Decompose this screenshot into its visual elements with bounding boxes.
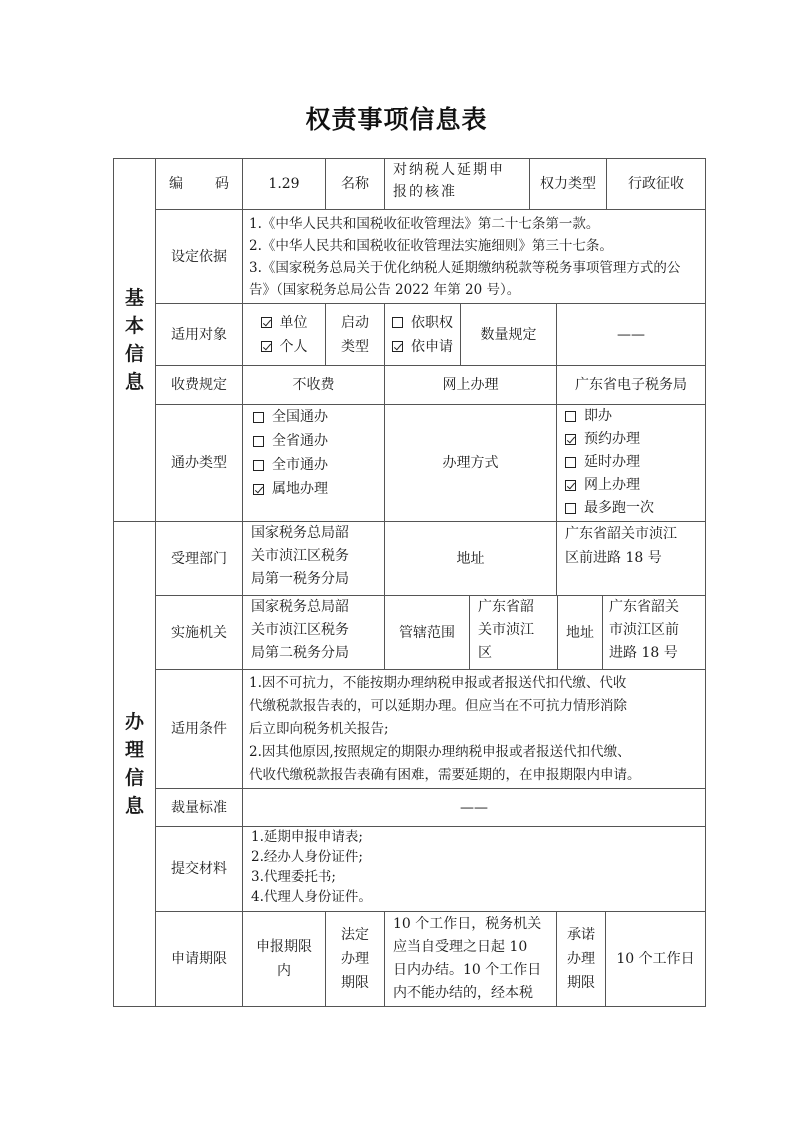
checkbox-local[interactable]: 属地办理 (253, 477, 328, 501)
name-label: 名称 (325, 158, 385, 210)
checkbox-empty-icon (565, 457, 576, 468)
universal-label: 通办类型 (155, 404, 243, 522)
checkbox-empty-icon (392, 317, 403, 328)
checkbox-label: 全省通办 (272, 429, 328, 453)
name-value: 对纳税人延期申 报的核准 (384, 158, 530, 210)
code-label-b: 码 (215, 172, 229, 196)
start-type-label-line: 类型 (341, 335, 369, 359)
method-label: 办理方式 (384, 404, 557, 522)
deadline-label: 申请期限 (155, 911, 243, 1007)
checkbox-label: 依职权 (411, 311, 453, 335)
checkbox-checked-icon (253, 484, 264, 495)
text-line: 区 (478, 642, 492, 665)
text-line: 广东省韶 (478, 596, 534, 619)
section-char: 息 (125, 792, 144, 820)
text-line: 内不能办结的，经本税 (393, 982, 533, 1005)
checkbox-provincial[interactable]: 全省通办 (253, 429, 328, 453)
checkbox-checked-icon (261, 317, 272, 328)
checkbox-empty-icon (253, 412, 264, 423)
text-line: 申报期限 (256, 935, 312, 959)
checkbox-label: 即办 (584, 405, 612, 428)
text-line: 关市浈江区税务 (251, 545, 349, 568)
checkbox-checked-icon (565, 480, 576, 491)
accept-dept-label: 受理部门 (155, 521, 243, 596)
method-options: 即办 预约办理 延时办理 网上办理 最多跑一次 (556, 404, 706, 522)
text-line: 承诺 (567, 923, 595, 947)
section-char: 基 (125, 284, 144, 312)
checkbox-label: 全国通办 (272, 405, 328, 429)
power-type-value: 行政征收 (606, 158, 706, 210)
code-label-a: 编 (169, 172, 183, 196)
fee-label: 收费规定 (155, 365, 243, 405)
impl-org-label: 实施机关 (155, 595, 243, 670)
checkbox-empty-icon (253, 436, 264, 447)
text-line: 期限 (341, 971, 369, 995)
start-type-label-line: 启动 (341, 311, 369, 335)
text-line: 区前进路 18 号 (565, 546, 662, 570)
discretion-label: 裁量标准 (155, 788, 243, 827)
impl-address-value: 广东省韶关 市浈江区前 进路 18 号 (602, 595, 706, 670)
checkbox-label: 属地办理 (272, 477, 328, 501)
checkbox-appointment[interactable]: 预约办理 (565, 428, 640, 451)
checkbox-municipal[interactable]: 全市通办 (253, 453, 328, 477)
accept-address-label: 地址 (384, 521, 557, 596)
deadline-value: 申报期限 内 (242, 911, 326, 1007)
checkbox-national[interactable]: 全国通办 (253, 405, 328, 429)
basis-item: 3.《国家税务总局关于优化纳税人延期缴纳税款等税务事项管理方式的公告》（国家税务… (249, 257, 699, 301)
checkbox-label: 最多跑一次 (584, 497, 654, 520)
material-item: 4.代理人身份证件。 (251, 887, 372, 907)
universal-options: 全国通办 全省通办 全市通办 属地办理 (242, 404, 385, 522)
promise-deadline-value: 10 个工作日 (605, 911, 706, 1007)
scope-value: 广东省韶 关市浈江 区 (469, 595, 558, 670)
online-value: 广东省电子税务局 (556, 365, 706, 405)
online-label: 网上办理 (384, 365, 557, 405)
checkbox-instant[interactable]: 即办 (565, 405, 612, 428)
text-line: 办理 (567, 947, 595, 971)
section-char: 办 (125, 708, 144, 736)
text-line: 国家税务总局韶 (251, 596, 349, 619)
impl-address-label: 地址 (557, 595, 603, 670)
section-char: 信 (125, 340, 144, 368)
checkbox-by-authority[interactable]: 依职权 (392, 311, 453, 335)
condition-line: 后立即向税务机关报告; (249, 718, 699, 741)
code-label: 编码 (155, 158, 243, 210)
applicable-label: 适用对象 (155, 303, 243, 366)
checkbox-checked-icon (565, 434, 576, 445)
material-item: 2.经办人身份证件; (251, 847, 363, 867)
promise-deadline-label: 承诺 办理 期限 (556, 911, 606, 1007)
materials-label: 提交材料 (155, 826, 243, 912)
accept-dept-value: 国家税务总局韶 关市浈江区税务 局第一税务分局 (242, 521, 385, 596)
name-value-line: 对纳税人延期申 (393, 159, 505, 181)
scope-label: 管辖范围 (384, 595, 470, 670)
section-char: 信 (125, 764, 144, 792)
basis-item: 1.《中华人民共和国税收征收管理法》第二十七条第一款。 (249, 213, 699, 235)
text-line: 国家税务总局韶 (251, 522, 349, 545)
text-line: 法定 (341, 923, 369, 947)
text-line: 期限 (567, 971, 595, 995)
text-line: 关市浈江区税务 (251, 619, 349, 642)
condition-line: 1.因不可抗力，不能按期办理纳税申报或者报送代扣代缴、代收 (249, 672, 699, 695)
start-type-options: 依职权 依申请 (384, 303, 461, 366)
basis-item: 2.《中华人民共和国税收征收管理法实施细则》第三十七条。 (249, 235, 699, 257)
checkbox-by-application[interactable]: 依申请 (392, 335, 453, 359)
basis-content: 1.《中华人民共和国税收征收管理法》第二十七条第一款。 2.《中华人民共和国税收… (242, 209, 706, 304)
checkbox-empty-icon (565, 503, 576, 514)
conditions-content: 1.因不可抗力，不能按期办理纳税申报或者报送代扣代缴、代收 代缴税款报告表的，可… (242, 669, 706, 789)
checkbox-label: 延时办理 (584, 451, 640, 474)
text-line: 内 (277, 959, 291, 983)
page-title: 权责事项信息表 (0, 100, 793, 136)
checkbox-one-visit[interactable]: 最多跑一次 (565, 497, 654, 520)
checkbox-checked-icon (261, 341, 272, 352)
text-line: 办理 (341, 947, 369, 971)
condition-line: 代缴税款报告表的，可以延期办理。但应当在不可抗力情形消除 (249, 695, 699, 718)
text-line: 进路 18 号 (609, 642, 678, 665)
checkbox-label: 单位 (280, 311, 308, 335)
checkbox-online[interactable]: 网上办理 (565, 474, 640, 497)
text-line: 局第二税务分局 (251, 642, 349, 665)
text-line: 广东省韶关 (609, 596, 679, 619)
section-basic-info: 基 本 信 息 (113, 158, 156, 522)
materials-content: 1.延期申报申请表; 2.经办人身份证件; 3.代理委托书; 4.代理人身份证件… (242, 826, 706, 912)
section-char: 息 (125, 368, 144, 396)
section-char: 本 (125, 312, 144, 340)
checkbox-label: 全市通办 (272, 453, 328, 477)
checkbox-label: 依申请 (411, 335, 453, 359)
impl-org-value: 国家税务总局韶 关市浈江区税务 局第二税务分局 (242, 595, 385, 670)
condition-line: 代收代缴税款报告表确有困难，需要延期的，在申报期限内申请。 (249, 764, 699, 787)
power-type-label: 权力类型 (529, 158, 607, 210)
text-line: 关市浈江 (478, 619, 534, 642)
text-line: 应当自受理之日起 10 (393, 936, 527, 959)
text-line: 10 个工作日，税务机关 (393, 913, 541, 936)
section-handling-info: 办 理 信 息 (113, 521, 156, 1007)
checkbox-label: 预约办理 (584, 428, 640, 451)
text-line: 局第一税务分局 (251, 568, 349, 591)
material-item: 3.代理委托书; (251, 867, 336, 887)
checkbox-individual[interactable]: 个人 (261, 335, 308, 359)
material-item: 1.延期申报申请表; (251, 827, 363, 847)
text-line: 广东省韶关市浈江 (565, 522, 677, 546)
text-line: 日内办结。10 个工作日 (393, 959, 541, 982)
quantity-label: 数量规定 (460, 303, 557, 366)
checkbox-empty-icon (253, 460, 264, 471)
code-value: 1.29 (242, 158, 326, 210)
checkbox-unit[interactable]: 单位 (261, 311, 308, 335)
conditions-label: 适用条件 (155, 669, 243, 789)
section-char: 理 (125, 736, 144, 764)
discretion-value: —— (242, 788, 706, 827)
accept-address-value: 广东省韶关市浈江 区前进路 18 号 (556, 521, 706, 596)
name-value-line: 报的核准 (393, 181, 457, 203)
checkbox-label: 网上办理 (584, 474, 640, 497)
checkbox-checked-icon (392, 341, 403, 352)
basis-label: 设定依据 (155, 209, 243, 304)
quantity-value: —— (556, 303, 706, 366)
text-line: 市浈江区前 (609, 619, 679, 642)
applicable-options: 单位 个人 (242, 303, 326, 366)
checkbox-label: 个人 (280, 335, 308, 359)
condition-line: 2.因其他原因,按照规定的期限办理纳税申报或者报送代扣代缴、 (249, 741, 699, 764)
legal-deadline-value: 10 个工作日，税务机关 应当自受理之日起 10 日内办结。10 个工作日 内不… (384, 911, 557, 1007)
checkbox-empty-icon (565, 411, 576, 422)
legal-deadline-label: 法定 办理 期限 (325, 911, 385, 1007)
checkbox-delayed[interactable]: 延时办理 (565, 451, 640, 474)
fee-value: 不收费 (242, 365, 385, 405)
start-type-label: 启动 类型 (325, 303, 385, 366)
